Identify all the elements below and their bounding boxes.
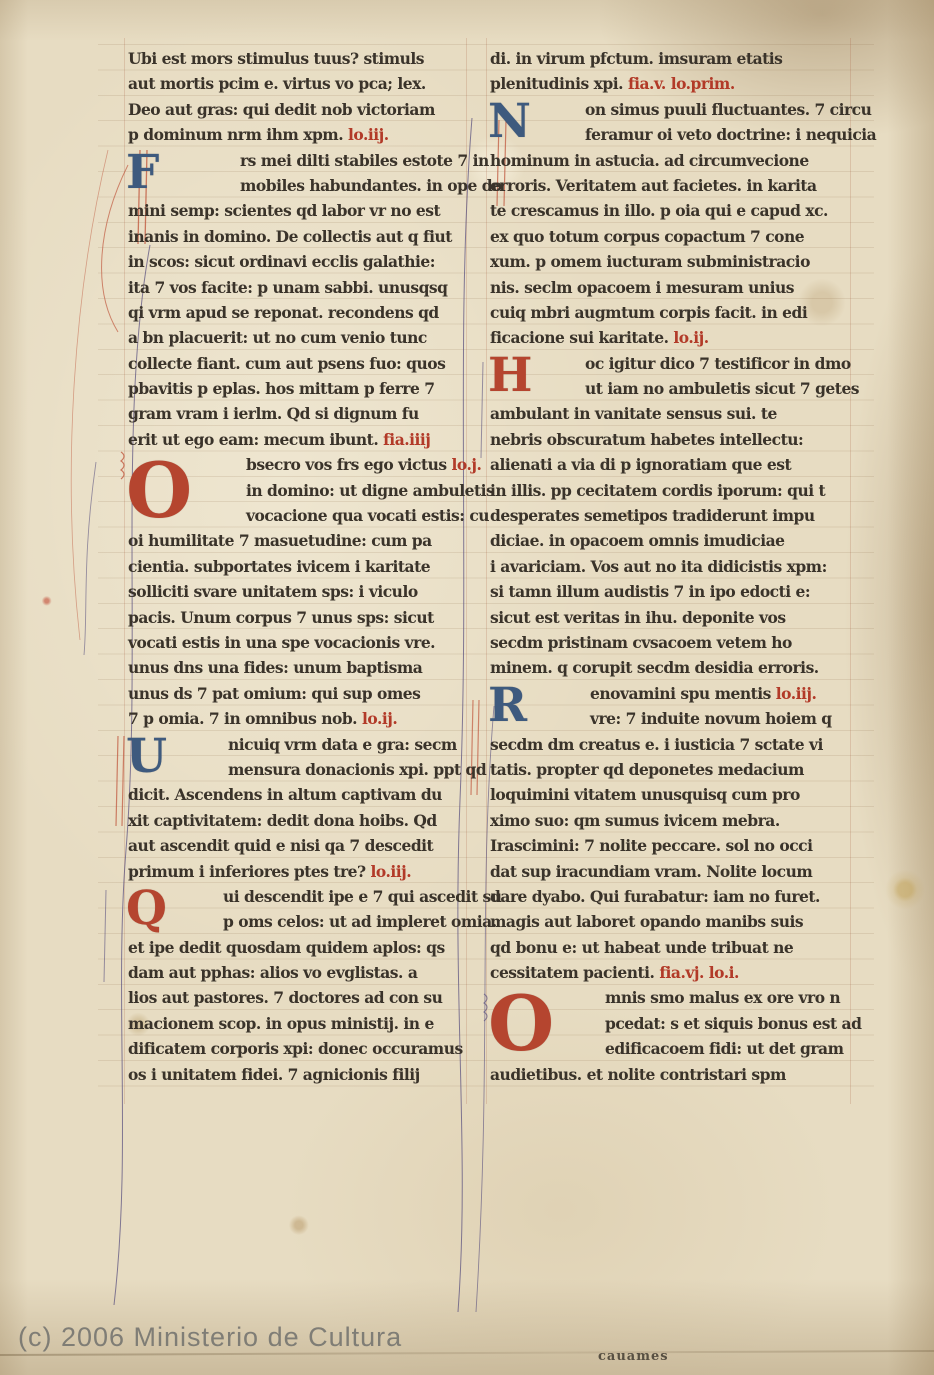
- body-text: pbavitis p eplas. hos mittam p ferre 7: [128, 379, 435, 398]
- text-line: 7 p omia. 7 in omnibus nob. lo.ij.: [128, 706, 468, 731]
- rubric-text: fia.vj. lo.i.: [659, 963, 739, 982]
- text-line: mobiles habundantes. in ope do: [128, 173, 468, 198]
- rubric-text: lo.ij.: [673, 328, 708, 347]
- body-text: in illis. pp cecitatem cordis iporum: qu…: [490, 481, 825, 500]
- purple-squiggle-o2: [484, 994, 487, 1021]
- body-text: nebris obscuratum habetes intellectu:: [490, 430, 803, 449]
- text-line: nis. seclm opacoem i mesuram unius: [490, 275, 852, 300]
- text-line: alienati a via di p ignoratiam que est: [490, 452, 852, 477]
- text-block: Omnis smo malus ex ore vro npcedat: s et…: [490, 985, 852, 1087]
- body-text: alienati a via di p ignoratiam que est: [490, 455, 791, 474]
- body-text: ita 7 vos facite: p unam sabbi. unusqsq: [128, 278, 448, 297]
- body-text: on simus puuli fluctuantes. 7 circu: [585, 100, 871, 119]
- pen-trail-margin: [84, 462, 96, 655]
- text-line: i avariciam. Vos aut no ita didicistis x…: [490, 554, 852, 579]
- text-block: Obsecro vos frs ego victus lo.j.in domin…: [128, 452, 468, 731]
- text-line: loquimini vitatem unusquisq cum pro: [490, 782, 852, 807]
- text-line: ambulant in vanitate sensus sui. te: [490, 401, 852, 426]
- text-line: oc igitur dico 7 testificor in dmo: [490, 351, 852, 376]
- text-line: mensura donacionis xpi. ppt qd: [128, 757, 468, 782]
- body-text: lios aut pastores. 7 doctores ad con su: [128, 988, 442, 1007]
- body-text: ut iam no ambuletis sicut 7 getes: [585, 379, 859, 398]
- text-block: Non simus puuli fluctuantes. 7 circufera…: [490, 97, 852, 351]
- body-text: mobiles habundantes. in ope do: [240, 176, 502, 195]
- body-text: oc igitur dico 7 testificor in dmo: [585, 354, 851, 373]
- text-line: vocati estis in una spe vocacionis vre.: [128, 630, 468, 655]
- body-text: pacis. Unum corpus 7 unus sps: sicut: [128, 608, 434, 627]
- text-line: rs mei dilti stabiles estote 7 in: [128, 148, 468, 173]
- blue-line-q: [104, 890, 106, 982]
- text-line: Irascimini: 7 nolite peccare. sol no occ…: [490, 833, 852, 858]
- body-text: minem. q corupit secdm desidia erroris.: [490, 658, 819, 677]
- text-block: Frs mei dilti stabiles estote 7 inmobile…: [128, 148, 468, 453]
- red-trail-margin: [71, 150, 108, 640]
- text-line: et ipe dedit quosdam quidem aplos: qs: [128, 935, 468, 960]
- text-line: lios aut pastores. 7 doctores ad con su: [128, 985, 468, 1010]
- body-text: enovamini spu mentis: [590, 684, 776, 703]
- text-line: dicit. Ascendens in altum captivam du: [128, 782, 468, 807]
- text-line: ximo suo: qm sumus ivicem mebra.: [490, 808, 852, 833]
- body-text: secdm pristinam cvsacoem vetem ho: [490, 633, 792, 652]
- body-text: ex quo totum corpus copactum 7 cone: [490, 227, 804, 246]
- body-text: gram vram i ierlm. Qd si dignum fu: [128, 404, 419, 423]
- body-text: mensura donacionis xpi. ppt qd: [228, 760, 486, 779]
- body-text: xit captivitatem: dedit dona hoibs. Qd: [128, 811, 437, 830]
- text-line: os i unitatem fidei. 7 agnicionis filij: [128, 1062, 468, 1087]
- text-block: Ubi est mors stimulus tuus? stimulsaut m…: [128, 46, 468, 148]
- body-text: os i unitatem fidei. 7 agnicionis filij: [128, 1065, 420, 1084]
- body-text: i avariciam. Vos aut no ita didicistis x…: [490, 557, 827, 576]
- text-line: on simus puuli fluctuantes. 7 circu: [490, 97, 852, 122]
- text-line: qd bonu e: ut habeat unde tribuat ne: [490, 935, 852, 960]
- text-line: vre: 7 induite novum hoiem q: [490, 706, 852, 731]
- body-text: primum i inferiores ptes tre?: [128, 862, 371, 881]
- text-line: dificatem corporis xpi: donec occuramus: [128, 1036, 468, 1061]
- rubric-text: lo.j.: [452, 455, 482, 474]
- body-text: te crescamus in illo. p oia qui e capud …: [490, 201, 828, 220]
- text-line: p dominum nrm ihm xpm. lo.iij.: [128, 122, 468, 147]
- body-text: collecte fiant. cum aut psens fuo: quos: [128, 354, 445, 373]
- blue-line-h: [481, 362, 483, 458]
- body-text: solliciti svare unitatem sps: i viculo: [128, 582, 418, 601]
- manuscript-page: Ubi est mors stimulus tuus? stimulsaut m…: [0, 0, 934, 1375]
- catchword: cauames: [598, 1349, 669, 1364]
- body-text: vocacione qua vocati estis: cu: [246, 506, 489, 525]
- text-line: qi vrm apud se reponat. recondens qd: [128, 300, 468, 325]
- drop-cap-initial: Q: [126, 884, 167, 934]
- body-text: di. in virum pfctum. imsuram etatis: [490, 49, 782, 68]
- body-text: p dominum nrm ihm xpm.: [128, 125, 348, 144]
- text-line: xit captivitatem: dedit dona hoibs. Qd: [128, 808, 468, 833]
- body-text: mnis smo malus ex ore vro n: [605, 988, 840, 1007]
- text-line: dat sup iracundiam vram. Nolite locum: [490, 859, 852, 884]
- body-text: plenitudinis xpi.: [490, 74, 628, 93]
- body-text: nis. seclm opacoem i mesuram unius: [490, 278, 794, 297]
- text-line: di. in virum pfctum. imsuram etatis: [490, 46, 852, 71]
- body-text: secdm dm creatus e. i iusticia 7 sctate …: [490, 735, 823, 754]
- body-text: qd bonu e: ut habeat unde tribuat ne: [490, 938, 793, 957]
- text-line: te crescamus in illo. p oia qui e capud …: [490, 198, 852, 223]
- text-line: nicuiq vrm data e gra: secm: [128, 732, 468, 757]
- body-text: qi vrm apud se reponat. recondens qd: [128, 303, 439, 322]
- text-line: erroris. Veritatem aut facietes. in kari…: [490, 173, 852, 198]
- text-line: magis aut laboret opando manibs suis: [490, 909, 852, 934]
- rubric-text: lo.ij.: [362, 709, 397, 728]
- text-line: cuiq mbri augmtum corpis facit. in edi: [490, 300, 852, 325]
- body-text: ambulant in vanitate sensus sui. te: [490, 404, 777, 423]
- body-text: 7 p omia. 7 in omnibus nob.: [128, 709, 362, 728]
- text-line: solliciti svare unitatem sps: i viculo: [128, 579, 468, 604]
- text-line: desperates semetipos tradiderunt impu: [490, 503, 852, 528]
- text-line: unus ds 7 pat omium: qui sup omes: [128, 681, 468, 706]
- body-text: si tamn illum audistis 7 in ipo edocti e…: [490, 582, 810, 601]
- text-line: a bn placuerit: ut no cum venio tunc: [128, 325, 468, 350]
- red-flourish-f: [102, 165, 128, 332]
- body-text: Irascimini: 7 nolite peccare. sol no occ…: [490, 836, 812, 855]
- rubric-text: fia.v. lo.prim.: [628, 74, 735, 93]
- body-text: aut ascendit quid e nisi qa 7 descedit: [128, 836, 433, 855]
- text-block: Hoc igitur dico 7 testificor in dmout ia…: [490, 351, 852, 681]
- body-text: ficacione sui karitate.: [490, 328, 673, 347]
- text-line: mini semp: scientes qd labor vr no est: [128, 198, 468, 223]
- text-line: ita 7 vos facite: p unam sabbi. unusqsq: [128, 275, 468, 300]
- body-text: edificacoem fidi: ut det gram: [605, 1039, 844, 1058]
- body-text: aut mortis pcim e. virtus vo pca; lex.: [128, 74, 426, 93]
- body-text: dat sup iracundiam vram. Nolite locum: [490, 862, 812, 881]
- drop-cap-initial: F: [126, 148, 159, 198]
- red-lines-u: [116, 736, 124, 826]
- body-text: loquimini vitatem unusquisq cum pro: [490, 785, 800, 804]
- drop-cap-initial: R: [488, 681, 527, 731]
- body-text: feramur oi veto doctrine: i nequicia: [585, 125, 876, 144]
- drop-cap-initial: N: [488, 97, 531, 147]
- text-line: ex quo totum corpus copactum 7 cone: [490, 224, 852, 249]
- body-text: Ubi est mors stimulus tuus? stimuls: [128, 49, 424, 68]
- text-line: in scos: sicut ordinavi ecclis galathie:: [128, 249, 468, 274]
- rubric-text: lo.iij.: [776, 684, 817, 703]
- body-text: macionem scop. in opus ministij. in e: [128, 1014, 434, 1033]
- text-line: p oms celos: ut ad impleret omia.: [128, 909, 468, 934]
- text-line: aut ascendit quid e nisi qa 7 descedit: [128, 833, 468, 858]
- body-text: dare dyabo. Qui furabatur: iam no furet.: [490, 887, 820, 906]
- drop-cap-initial: O: [126, 452, 192, 530]
- text-column-right: di. in virum pfctum. imsuram etatispleni…: [490, 46, 852, 1087]
- text-line: secdm pristinam cvsacoem vetem ho: [490, 630, 852, 655]
- red-squiggle-o: [121, 452, 124, 479]
- body-text: desperates semetipos tradiderunt impu: [490, 506, 815, 525]
- text-line: diciae. in opacoem omnis imudiciae: [490, 528, 852, 553]
- text-line: sicut est veritas in ihu. deponite vos: [490, 605, 852, 630]
- body-text: dicit. Ascendens in altum captivam du: [128, 785, 442, 804]
- body-text: in scos: sicut ordinavi ecclis galathie:: [128, 252, 435, 271]
- text-line: pacis. Unum corpus 7 unus sps: sicut: [128, 605, 468, 630]
- body-text: ui descendit ipe e 7 qui ascedit su: [223, 887, 502, 906]
- text-line: plenitudinis xpi. fia.v. lo.prim.: [490, 71, 852, 96]
- rubric-text: lo.iij.: [371, 862, 412, 881]
- text-line: pbavitis p eplas. hos mittam p ferre 7: [128, 376, 468, 401]
- text-block: Qui descendit ipe e 7 qui ascedit sup om…: [128, 884, 468, 1087]
- text-line: ut iam no ambuletis sicut 7 getes: [490, 376, 852, 401]
- text-line: hominum in astucia. ad circumvecione: [490, 148, 852, 173]
- text-line: si tamn illum audistis 7 in ipo edocti e…: [490, 579, 852, 604]
- body-text: xum. p omem iucturam subministracio: [490, 252, 810, 271]
- text-block: di. in virum pfctum. imsuram etatispleni…: [490, 46, 852, 97]
- drop-cap-initial: O: [488, 985, 554, 1063]
- rubric-text: fia.iiij: [383, 430, 430, 449]
- body-text: hominum in astucia. ad circumvecione: [490, 151, 809, 170]
- text-line: nebris obscuratum habetes intellectu:: [490, 427, 852, 452]
- body-text: cientia. subportates ivicem i karitate: [128, 557, 430, 576]
- body-text: sicut est veritas in ihu. deponite vos: [490, 608, 786, 627]
- text-line: dare dyabo. Qui furabatur: iam no furet.: [490, 884, 852, 909]
- body-text: rs mei dilti stabiles estote 7 in: [240, 151, 489, 170]
- text-line: dam aut pphas: alios vo evglistas. a: [128, 960, 468, 985]
- body-text: et ipe dedit quosdam quidem aplos: qs: [128, 938, 445, 957]
- body-text: mini semp: scientes qd labor vr no est: [128, 201, 440, 220]
- body-text: dificatem corporis xpi: donec occuramus: [128, 1039, 463, 1058]
- text-line: enovamini spu mentis lo.iij.: [490, 681, 852, 706]
- body-text: erroris. Veritatem aut facietes. in kari…: [490, 176, 817, 195]
- body-text: diciae. in opacoem omnis imudiciae: [490, 531, 785, 550]
- text-line: unus dns una fides: unum baptisma: [128, 655, 468, 680]
- text-line: aut mortis pcim e. virtus vo pca; lex.: [128, 71, 468, 96]
- body-text: dam aut pphas: alios vo evglistas. a: [128, 963, 417, 982]
- text-line: minem. q corupit secdm desidia erroris.: [490, 655, 852, 680]
- text-line: ficacione sui karitate. lo.ij.: [490, 325, 852, 350]
- body-text: magis aut laboret opando manibs suis: [490, 912, 803, 931]
- body-text: tatis. propter qd deponetes medacium: [490, 760, 804, 779]
- text-line: inanis in domino. De collectis aut q fiu…: [128, 224, 468, 249]
- text-line: primum i inferiores ptes tre? lo.iij.: [128, 859, 468, 884]
- drop-cap-initial: H: [488, 351, 532, 401]
- text-block: Unicuiq vrm data e gra: secmmensura dona…: [128, 732, 468, 884]
- text-line: xum. p omem iucturam subministracio: [490, 249, 852, 274]
- body-text: ximo suo: qm sumus ivicem mebra.: [490, 811, 780, 830]
- text-line: tatis. propter qd deponetes medacium: [490, 757, 852, 782]
- column-rule-left-a: [124, 38, 125, 1104]
- rubric-text: lo.iij.: [348, 125, 389, 144]
- text-line: in illis. pp cecitatem cordis iporum: qu…: [490, 478, 852, 503]
- body-text: inanis in domino. De collectis aut q fiu…: [128, 227, 452, 246]
- body-text: nicuiq vrm data e gra: secm: [228, 735, 457, 754]
- text-line: Deo aut gras: qui dedit nob victoriam: [128, 97, 468, 122]
- body-text: a bn placuerit: ut no cum venio tunc: [128, 328, 427, 347]
- text-line: Ubi est mors stimulus tuus? stimuls: [128, 46, 468, 71]
- text-line: collecte fiant. cum aut psens fuo: quos: [128, 351, 468, 376]
- body-text: Deo aut gras: qui dedit nob victoriam: [128, 100, 435, 119]
- body-text: vre: 7 induite novum hoiem q: [590, 709, 832, 728]
- body-text: p oms celos: ut ad impleret omia.: [223, 912, 497, 931]
- text-line: macionem scop. in opus ministij. in e: [128, 1011, 468, 1036]
- text-line: feramur oi veto doctrine: i nequicia: [490, 122, 852, 147]
- body-text: cuiq mbri augmtum corpis facit. in edi: [490, 303, 807, 322]
- drop-cap-initial: U: [126, 732, 167, 782]
- copyright-watermark: (c) 2006 Ministerio de Cultura: [18, 1322, 402, 1353]
- text-line: gram vram i ierlm. Qd si dignum fu: [128, 401, 468, 426]
- body-text: bsecro vos frs ego victus: [246, 455, 452, 474]
- text-block: Renovamini spu mentis lo.iij.vre: 7 indu…: [490, 681, 852, 986]
- text-line: ui descendit ipe e 7 qui ascedit su: [128, 884, 468, 909]
- body-text: in domino: ut digne ambuletis: [246, 481, 494, 500]
- text-line: secdm dm creatus e. i iusticia 7 sctate …: [490, 732, 852, 757]
- body-text: unus dns una fides: unum baptisma: [128, 658, 422, 677]
- text-line: cientia. subportates ivicem i karitate: [128, 554, 468, 579]
- body-text: pcedat: s et siquis bonus est ad: [605, 1014, 861, 1033]
- body-text: unus ds 7 pat omium: qui sup omes: [128, 684, 420, 703]
- text-column-left: Ubi est mors stimulus tuus? stimulsaut m…: [128, 46, 468, 1087]
- body-text: vocati estis in una spe vocacionis vre.: [128, 633, 435, 652]
